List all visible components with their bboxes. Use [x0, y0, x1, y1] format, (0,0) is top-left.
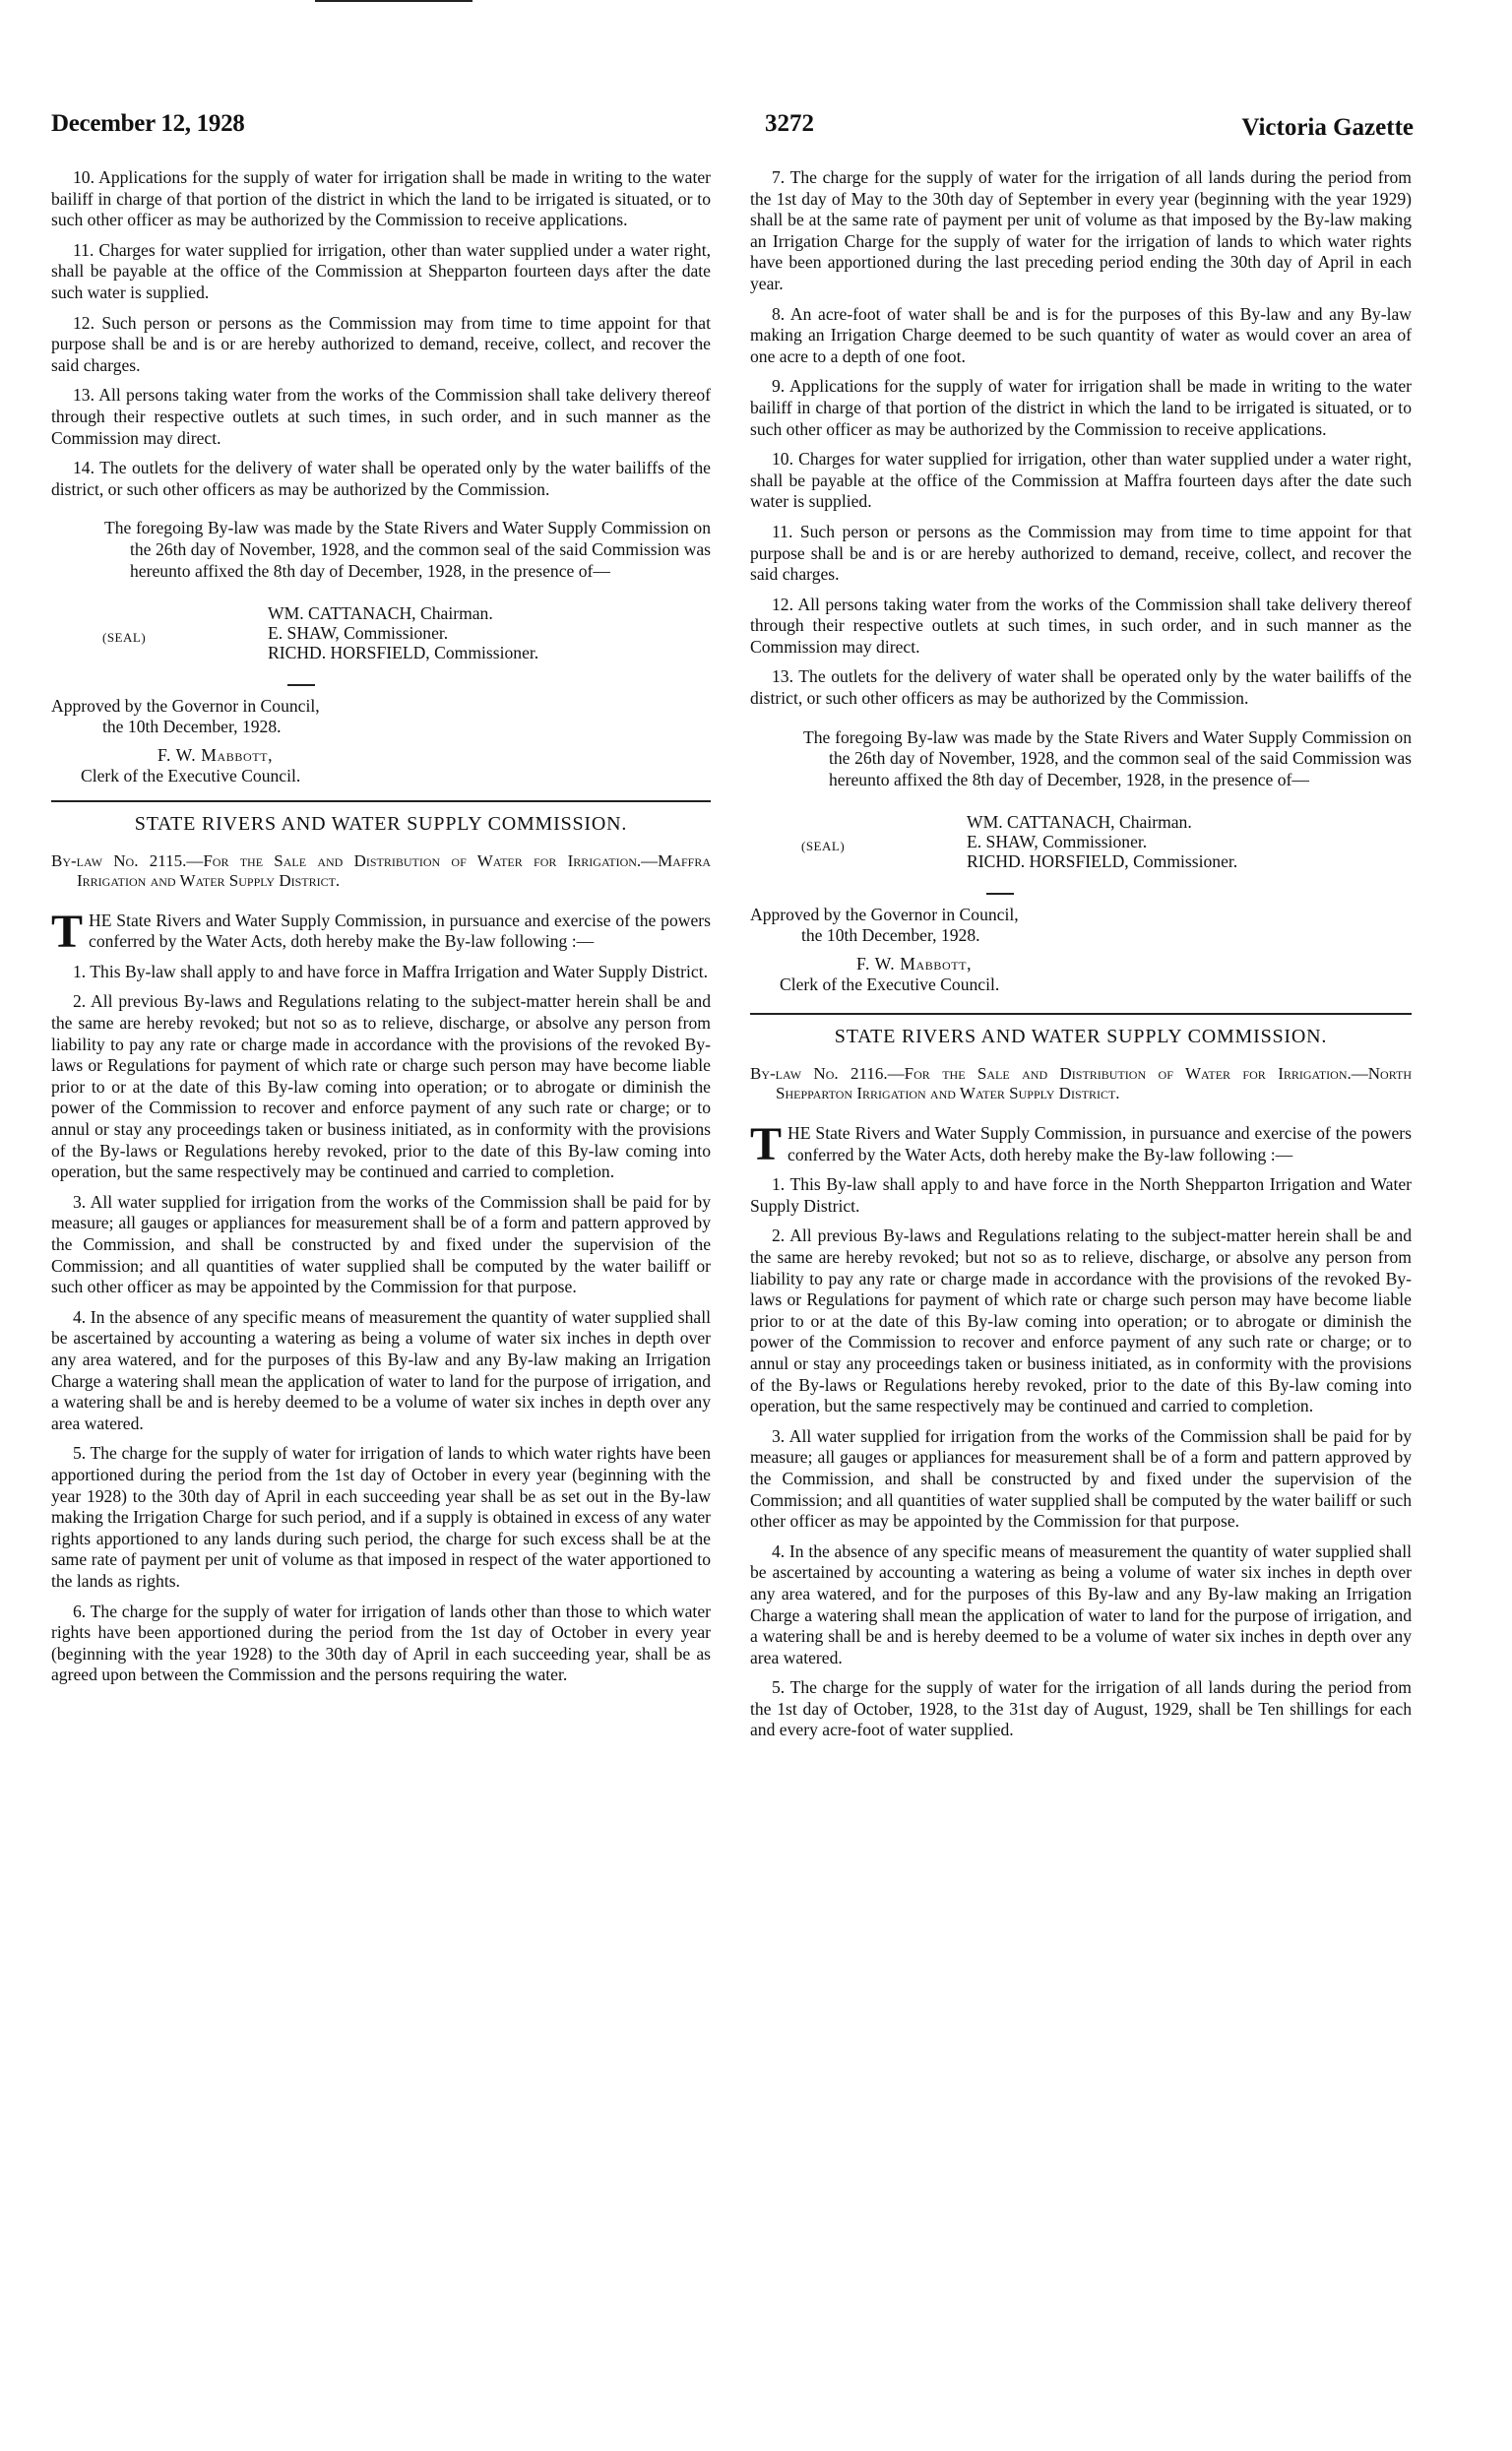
- approval-date: the 10th December, 1928.: [51, 717, 711, 737]
- signatory: E. SHAW, Commissioner.: [268, 623, 538, 643]
- signature-block: (SEAL) WM. CATTANACH, Chairman. E. SHAW,…: [51, 603, 711, 672]
- clerk-signature: F. W. Mabbott, Clerk of the Executive Co…: [750, 954, 1412, 995]
- clause: 2. All previous By-laws and Regulations …: [750, 1225, 1412, 1416]
- intro-text: HE State Rivers and Water Supply Commiss…: [89, 911, 711, 952]
- clause: 9. Applications for the supply of water …: [750, 376, 1412, 440]
- foregoing-statement: The foregoing By-law was made by the Sta…: [803, 727, 1412, 791]
- seal-mark: (SEAL): [102, 627, 146, 649]
- clause: 12. All persons taking water from the wo…: [750, 595, 1412, 659]
- clause: 1. This By-law shall apply to and have f…: [51, 962, 711, 983]
- right-column: 7. The charge for the supply of water fo…: [750, 167, 1412, 1750]
- signatory: RICHD. HORSFIELD, Commissioner.: [268, 643, 538, 662]
- issue-date: December 12, 1928: [51, 110, 244, 138]
- clause: 12. Such person or persons as the Commis…: [51, 313, 711, 377]
- scan-edge-rule: [315, 0, 472, 2]
- bylaw-heading: By-law No. 2115.—For the Sale and Distri…: [51, 851, 711, 891]
- section-divider: [51, 800, 711, 802]
- clause: 5. The charge for the supply of water fo…: [750, 1677, 1412, 1741]
- bylaw-intro: THE State Rivers and Water Supply Commis…: [750, 1123, 1412, 1165]
- clause: 14. The outlets for the delivery of wate…: [51, 458, 711, 500]
- signatory: E. SHAW, Commissioner.: [967, 832, 1237, 851]
- clause: 11. Such person or persons as the Commis…: [750, 522, 1412, 586]
- clerk-signature: F. W. Mabbott, Clerk of the Executive Co…: [51, 745, 711, 786]
- clause: 11. Charges for water supplied for irrig…: [51, 240, 711, 304]
- clerk-title: Clerk of the Executive Council.: [750, 974, 1412, 995]
- intro-text: HE State Rivers and Water Supply Commiss…: [787, 1123, 1412, 1164]
- bylaw-intro: THE State Rivers and Water Supply Commis…: [51, 911, 711, 953]
- approval-line: Approved by the Governor in Council,: [51, 696, 711, 717]
- page-header: December 12, 1928 3272 Victoria Gazette: [51, 110, 1414, 150]
- seal-mark: (SEAL): [801, 836, 845, 857]
- approval-line: Approved by the Governor in Council,: [750, 905, 1412, 925]
- clerk-name: F. W. Mabbott,: [750, 954, 1412, 974]
- clause: 7. The charge for the supply of water fo…: [750, 167, 1412, 295]
- signature-block: (SEAL) WM. CATTANACH, Chairman. E. SHAW,…: [750, 812, 1412, 881]
- continued-clauses: 10. Applications for the supply of water…: [51, 167, 711, 500]
- section-title: STATE RIVERS AND WATER SUPPLY COMMISSION…: [750, 1027, 1412, 1048]
- clause: 1. This By-law shall apply to and have f…: [750, 1174, 1412, 1217]
- clause: 3. All water supplied for irrigation fro…: [750, 1426, 1412, 1533]
- signatory: WM. CATTANACH, Chairman.: [967, 812, 1237, 832]
- approval-note: Approved by the Governor in Council, the…: [750, 905, 1412, 946]
- publication-name: Victoria Gazette: [1241, 114, 1414, 142]
- bylaw-clauses: 1. This By-law shall apply to and have f…: [51, 962, 711, 1686]
- section-title: STATE RIVERS AND WATER SUPPLY COMMISSION…: [51, 814, 711, 836]
- clause: 4. In the absence of any specific means …: [51, 1307, 711, 1435]
- foregoing-statement: The foregoing By-law was made by the Sta…: [104, 518, 711, 582]
- clause: 10. Applications for the supply of water…: [51, 167, 711, 231]
- clause: 4. In the absence of any specific means …: [750, 1541, 1412, 1669]
- clause: 6. The charge for the supply of water fo…: [51, 1602, 711, 1686]
- clause: 3. All water supplied for irrigation fro…: [51, 1192, 711, 1298]
- approval-note: Approved by the Governor in Council, the…: [51, 696, 711, 737]
- page-number: 3272: [740, 110, 839, 138]
- clause: 13. All persons taking water from the wo…: [51, 385, 711, 449]
- bylaw-heading: By-law No. 2116.—For the Sale and Distri…: [750, 1064, 1412, 1103]
- clause: 2. All previous By-laws and Regulations …: [51, 991, 711, 1182]
- short-divider: [287, 684, 315, 686]
- signatories: WM. CATTANACH, Chairman. E. SHAW, Commis…: [268, 603, 538, 662]
- clause: 10. Charges for water supplied for irrig…: [750, 449, 1412, 513]
- section-divider: [750, 1013, 1412, 1015]
- signatories: WM. CATTANACH, Chairman. E. SHAW, Commis…: [967, 812, 1237, 871]
- clause: 13. The outlets for the delivery of wate…: [750, 666, 1412, 709]
- clause: 5. The charge for the supply of water fo…: [51, 1443, 711, 1592]
- bylaw-clauses: 1. This By-law shall apply to and have f…: [750, 1174, 1412, 1741]
- approval-date: the 10th December, 1928.: [750, 925, 1412, 946]
- drop-cap: T: [750, 1125, 782, 1164]
- short-divider: [986, 893, 1014, 895]
- signatory: WM. CATTANACH, Chairman.: [268, 603, 538, 623]
- drop-cap: T: [51, 912, 83, 952]
- continued-clauses: 7. The charge for the supply of water fo…: [750, 167, 1412, 710]
- clerk-name: F. W. Mabbott,: [51, 745, 711, 766]
- left-column: 10. Applications for the supply of water…: [51, 167, 711, 1695]
- clerk-title: Clerk of the Executive Council.: [51, 766, 711, 786]
- clause: 8. An acre-foot of water shall be and is…: [750, 304, 1412, 368]
- signatory: RICHD. HORSFIELD, Commissioner.: [967, 851, 1237, 871]
